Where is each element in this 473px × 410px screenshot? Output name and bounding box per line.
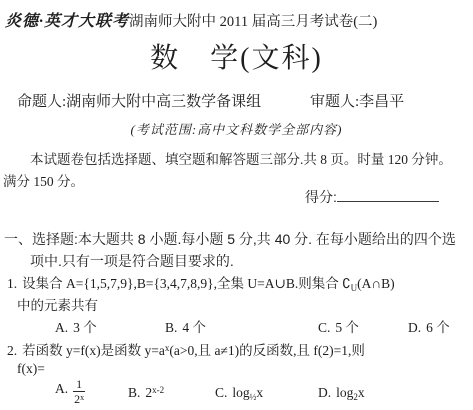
reviewer-info: 审题人:李昌平 xyxy=(310,90,404,111)
question-1-option-d: D.6 个 xyxy=(408,316,450,336)
question-2-option-a: A.12x xyxy=(55,378,85,405)
question-2-option-d: D.log2x xyxy=(318,385,365,402)
log-function: log xyxy=(336,385,353,400)
question-2-stem-part2: (a>0,且 a≠1)的反函数,且 f(2)=1,则 xyxy=(169,343,364,358)
question-1-stem-part1: 设集合 A={1,5,7,9},B={3,4,7,8,9},全集 U=A∪B.则… xyxy=(22,276,351,291)
scope-note: (考试范围:高中文科数学全部内容) xyxy=(0,119,473,138)
question-1-stem-line2: 中的元素共有 xyxy=(17,294,98,314)
question-2-number: 2. xyxy=(7,343,17,358)
section-one-heading-line2: 项中.只有一项是符合题目要求的. xyxy=(30,251,234,271)
denominator-exponent: x xyxy=(80,393,84,402)
question-1-number: 1. xyxy=(7,276,17,291)
question-2-stem-line2: f(x)= xyxy=(17,361,45,377)
question-1-option-a: A.3 个 xyxy=(55,316,97,336)
intro-line-2: 满分 150 分。 xyxy=(3,170,84,190)
question-2-option-c: C.log½x xyxy=(215,385,263,402)
log-function: log xyxy=(232,385,249,400)
question-2-stem-part1: 若函数 y=f(x)是函数 y=a xyxy=(22,343,165,358)
option-label: D. xyxy=(408,320,421,335)
subject-title: 数 学(文科) xyxy=(0,36,473,76)
question-2-stem-line1: 2.若函数 y=f(x)是函数 y=ax(a>0,且 a≠1)的反函数,且 f(… xyxy=(7,339,365,359)
option-label: A. xyxy=(55,320,68,335)
fraction-denominator: 2x xyxy=(73,392,85,405)
score-line: 得分: xyxy=(305,187,439,207)
brand-name: 炎德·英才大联考 xyxy=(5,13,129,30)
question-1-stem-part2: (A∩B) xyxy=(357,276,395,291)
score-blank-line xyxy=(337,187,439,202)
option-text: 3 个 xyxy=(73,320,97,335)
option-label: C. xyxy=(215,385,227,400)
option-label: D. xyxy=(318,385,331,400)
question-1-stem-line1: 1.设集合 A={1,5,7,9},B={3,4,7,8,9},全集 U=A∪B… xyxy=(7,272,395,293)
fraction-numerator: 1 xyxy=(73,378,85,392)
intro-line-1: 本试题卷包括选择题、填空题和解答题三部分.共 8 页。时量 120 分钟。 xyxy=(30,148,452,168)
fraction: 12x xyxy=(73,378,85,405)
score-label: 得分: xyxy=(305,189,337,205)
question-2-option-b: B.2x-2 xyxy=(128,385,164,401)
exam-paper-page: 炎德·英才大联考湖南师大附中 2011 届高三月考试卷(二) 数 学(文科) 命… xyxy=(0,0,473,410)
log-argument: x xyxy=(256,385,263,400)
section-one-heading-line1: 一、选择题:本大题共 8 小题.每小题 5 分,共 40 分. 在每小题给出的四… xyxy=(4,229,456,249)
option-text: 6 个 xyxy=(426,320,450,335)
option-text: 4 个 xyxy=(182,320,206,335)
option-label: A. xyxy=(55,381,68,396)
power-exponent: x-2 xyxy=(152,385,164,395)
option-label: C. xyxy=(318,320,330,335)
exam-header: 炎德·英才大联考湖南师大附中 2011 届高三月考试卷(二) xyxy=(5,8,377,31)
question-1-option-c: C.5 个 xyxy=(318,316,359,336)
option-text: 5 个 xyxy=(335,320,359,335)
question-1-option-b: B.4 个 xyxy=(165,316,206,336)
option-label: B. xyxy=(128,385,140,400)
log-argument: x xyxy=(358,385,365,400)
exam-title: 湖南师大附中 2011 届高三月考试卷(二) xyxy=(129,14,377,30)
setter-info: 命题人:湖南师大附中高三数学备课组 xyxy=(17,90,261,111)
option-label: B. xyxy=(165,320,177,335)
